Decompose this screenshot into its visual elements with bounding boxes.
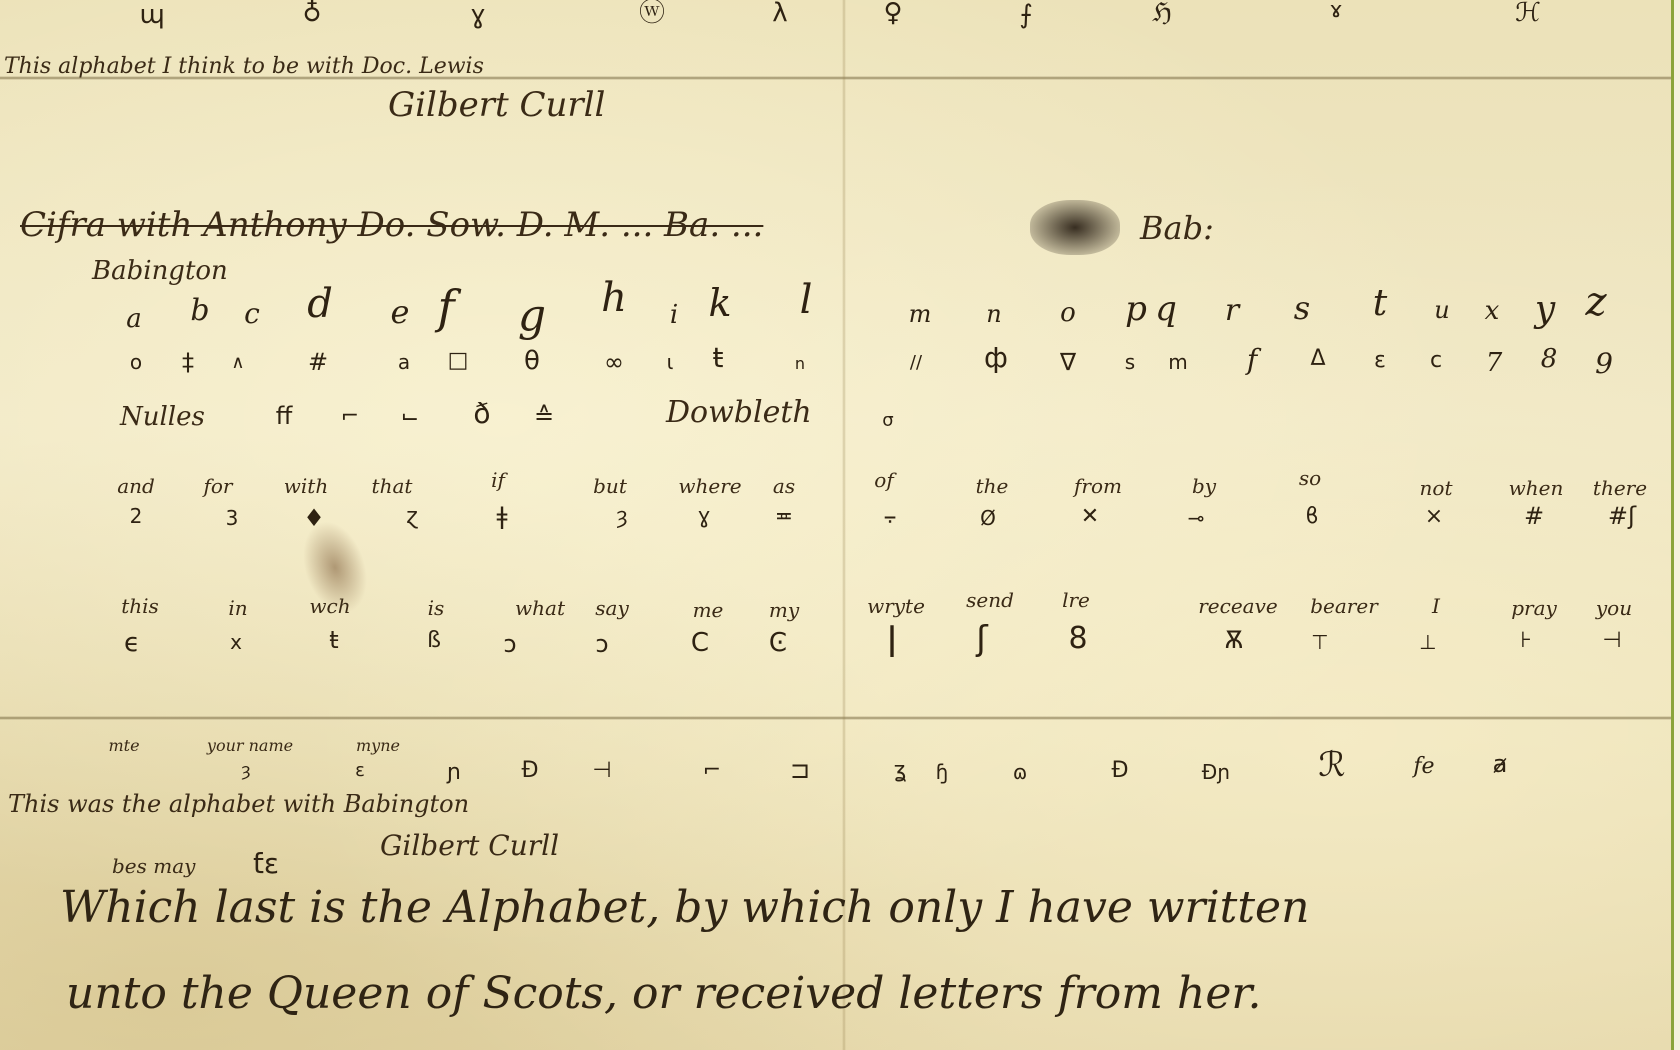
- codeword-symbol: ɲ: [447, 762, 461, 784]
- codeword: not: [1420, 478, 1453, 498]
- alphabet-letter: z: [1585, 282, 1606, 322]
- alphabet-letter: d: [307, 284, 333, 324]
- codeword: from: [1074, 476, 1122, 496]
- codeword: your name: [207, 738, 293, 754]
- codeword-symbol: fe: [1413, 756, 1434, 778]
- alphabet-letter: l: [800, 280, 813, 320]
- codeword-symbol: ɣ: [697, 506, 710, 528]
- cipher-symbol: Δ: [1310, 348, 1325, 370]
- bes-may-symbol: ƭɛ: [253, 850, 279, 878]
- codeword-symbol: ϵ: [124, 630, 140, 656]
- heading-struck: Cifra with Anthony Do. Sow. D. M. ... Ba…: [20, 208, 763, 242]
- codeword-symbol: Ð: [521, 760, 538, 782]
- heading-tail: Bab:: [1140, 212, 1214, 244]
- codeword-symbol: ϐ: [1305, 506, 1319, 528]
- codeword-symbol: ×: [1425, 506, 1443, 528]
- cipher-symbol: ɣ: [470, 2, 486, 28]
- alphabet-letter: x: [1485, 298, 1500, 324]
- codeword: you: [1596, 598, 1632, 618]
- alphabet-letter: c: [244, 300, 260, 328]
- cipher-symbol: ɤ: [1329, 0, 1342, 22]
- alphabet-letter: s: [1294, 292, 1310, 324]
- codeword-symbol: C: [691, 630, 709, 656]
- signature-bottom: Gilbert Curll: [380, 832, 559, 860]
- codeword-symbol: ǂ: [496, 504, 507, 528]
- codeword: lre: [1062, 590, 1090, 610]
- codeword-symbol: 8: [1068, 624, 1087, 654]
- null-symbol: ⌙: [401, 406, 419, 428]
- alphabet-letter: b: [190, 296, 209, 326]
- null-symbol: ff: [276, 404, 293, 428]
- alphabet-letter: i: [670, 302, 678, 328]
- codeword: but: [593, 476, 627, 496]
- codeword-symbol: ⱥ: [1493, 752, 1508, 776]
- codeword: what: [515, 598, 565, 618]
- note-top: This alphabet I think to be with Doc. Le…: [4, 56, 484, 78]
- cipher-symbol: n: [795, 356, 805, 372]
- alphabet-letter: a: [126, 306, 142, 332]
- codeword-symbol: ✕: [1081, 506, 1099, 528]
- codeword: if: [491, 470, 505, 490]
- codeword-symbol: Ðɲ: [1202, 762, 1230, 782]
- cipher-symbol: ‡: [182, 350, 194, 374]
- cipher-symbol: ε: [1374, 350, 1386, 372]
- cipher-symbol: ∞: [604, 350, 624, 374]
- codeword: in: [228, 598, 247, 618]
- signature-top: Gilbert Curll: [388, 88, 605, 122]
- codeword-symbol: ⊣: [1602, 630, 1621, 652]
- codeword-symbol: ɔ: [503, 632, 516, 656]
- cipher-symbol: ♁: [302, 0, 321, 26]
- codeword: say: [595, 598, 629, 618]
- codeword-symbol: ⊣: [592, 760, 611, 782]
- codeword: with: [284, 476, 328, 496]
- codeword-symbol: ɛ: [355, 762, 365, 780]
- alphabet-letter: o: [1060, 300, 1076, 326]
- codeword: wch: [309, 596, 350, 616]
- codeword-symbol: ʓ: [894, 760, 907, 782]
- cipher-symbol: c: [1430, 350, 1442, 372]
- codeword: mte: [108, 738, 139, 754]
- codeword-symbol: 2: [130, 506, 143, 526]
- image-border-line: [1671, 0, 1674, 1050]
- cipher-symbol: ⓦ: [639, 0, 665, 26]
- codeword-symbol: ≖: [775, 506, 793, 528]
- doublets-symbol: σ: [882, 412, 893, 430]
- alphabet-letter: e: [391, 296, 410, 328]
- codeword: that: [372, 476, 413, 496]
- codeword-symbol: ⨪: [884, 506, 897, 528]
- alphabet-letter: n: [986, 302, 1001, 326]
- codeword: and: [117, 476, 155, 496]
- alphabet-letter: r: [1225, 296, 1239, 326]
- cipher-symbol: ⨍: [1019, 2, 1033, 28]
- alphabet-letter: q: [1155, 292, 1177, 326]
- codeword-symbol: ⌐: [703, 760, 721, 782]
- cipher-symbol: 8: [1541, 346, 1558, 372]
- cipher-symbol: m: [1168, 352, 1187, 372]
- codeword: where: [678, 476, 741, 496]
- cipher-symbol: s: [1125, 352, 1135, 372]
- fold-crease-bottom: [0, 716, 1672, 720]
- codeword: pray: [1511, 598, 1557, 618]
- cipher-symbol: 9: [1595, 350, 1613, 378]
- codeword-symbol: Ͼ: [769, 630, 787, 656]
- codeword-symbol: ǀ: [887, 622, 897, 656]
- codeword-symbol: ɔ: [595, 632, 608, 656]
- codeword: my: [769, 600, 799, 620]
- codeword-symbol: Ð: [1111, 760, 1128, 782]
- cipher-symbol: ∧: [231, 354, 244, 372]
- cipher-symbol: a: [398, 352, 410, 372]
- null-symbol: ≙: [534, 404, 554, 428]
- nulles-label: Nulles: [120, 404, 205, 430]
- heading-sub: Babington: [92, 258, 228, 284]
- codeword-symbol: 3: [226, 508, 239, 528]
- cipher-symbol: ♀: [883, 0, 902, 26]
- alphabet-letter: t: [1373, 286, 1387, 322]
- codeword-symbol: ⊦: [1520, 630, 1531, 652]
- alphabet-letter: h: [601, 278, 627, 318]
- codeword: there: [1593, 478, 1647, 498]
- codeword-symbol: #: [1524, 504, 1544, 528]
- ink-blot: [1030, 200, 1120, 255]
- cipher-symbol: #: [308, 350, 328, 374]
- cipher-symbol: θ: [524, 348, 540, 374]
- alphabet-letter: g: [518, 294, 546, 338]
- cipher-symbol: ℋ: [1515, 0, 1541, 26]
- codeword: me: [693, 600, 724, 620]
- codeword-symbol: ɧ: [936, 762, 949, 782]
- codeword-symbol: ⊥: [1419, 632, 1436, 652]
- codeword: so: [1299, 468, 1321, 488]
- closing-line-2: unto the Queen of Scots, or received let…: [66, 972, 1262, 1016]
- alphabet-letter: m: [909, 302, 932, 326]
- cipher-symbol: ℌ: [1152, 0, 1172, 26]
- codeword-symbol: ß: [427, 630, 441, 652]
- codeword: when: [1509, 478, 1564, 498]
- codeword: for: [203, 476, 232, 496]
- bes-may-label: bes may: [112, 856, 195, 876]
- codeword: by: [1192, 476, 1216, 496]
- codeword-symbol: ȝ: [616, 506, 627, 528]
- codeword-symbol: ɷ: [1013, 762, 1028, 782]
- alphabet-letter: k: [708, 284, 731, 322]
- codeword-symbol: Ø: [980, 508, 996, 528]
- codeword: the: [976, 476, 1009, 496]
- codeword-symbol: ȝ: [241, 762, 250, 780]
- codeword-symbol: ⊸: [1188, 508, 1205, 528]
- cipher-symbol: λ: [772, 0, 787, 26]
- codeword: wryte: [867, 596, 925, 616]
- cipher-symbol: ∇: [1060, 350, 1076, 374]
- cipher-symbol: f: [1247, 346, 1257, 374]
- note-bottom: This was the alphabet with Babington: [8, 792, 469, 816]
- alphabet-letter: y: [1535, 292, 1555, 328]
- codeword: receave: [1198, 596, 1278, 616]
- cipher-symbol: o: [130, 352, 142, 372]
- codeword-symbol: ⊤: [1311, 632, 1328, 652]
- codeword: I: [1432, 596, 1440, 616]
- codeword: as: [773, 476, 795, 496]
- codeword-symbol: #ʃ: [1608, 504, 1636, 528]
- cipher-symbol: ɰ: [139, 2, 164, 28]
- codeword-symbol: ℛ: [1318, 748, 1345, 782]
- manuscript-page: ɰ ♁ ɣ ⓦ λ ♀ ⨍ ℌ ɤ ℋ This alphabet I thin…: [0, 0, 1672, 1050]
- null-symbol: ð: [473, 400, 490, 428]
- cipher-symbol: ι: [667, 352, 674, 372]
- codeword: this: [121, 596, 159, 616]
- codeword-symbol: ♦: [303, 506, 325, 530]
- codeword-symbol: ⊐: [790, 758, 810, 782]
- cipher-symbol: //: [910, 354, 922, 372]
- codeword: myne: [356, 738, 400, 754]
- alphabet-letter: u: [1434, 298, 1449, 322]
- codeword: of: [874, 470, 893, 490]
- codeword: is: [428, 598, 445, 618]
- codeword-symbol: Ѫ: [1225, 628, 1244, 652]
- codeword-symbol: ŧ: [329, 628, 338, 652]
- cipher-symbol: □: [448, 350, 469, 372]
- codeword: send: [966, 590, 1014, 610]
- closing-line-1: Which last is the Alphabet, by which onl…: [60, 886, 1309, 930]
- null-symbol: ⌐: [341, 406, 359, 428]
- codeword-symbol: ʃ: [976, 622, 987, 656]
- cipher-symbol: 7: [1486, 350, 1503, 376]
- codeword-symbol: ɀ: [406, 506, 418, 528]
- alphabet-letter: f: [437, 284, 454, 330]
- cipher-symbol: ф: [984, 344, 1008, 372]
- codeword: bearer: [1310, 596, 1378, 616]
- cipher-symbol: ŧ: [713, 344, 724, 372]
- codeword-symbol: x: [230, 632, 242, 652]
- alphabet-letter: p: [1125, 292, 1147, 326]
- doublets-label: Dowbleth: [666, 398, 812, 428]
